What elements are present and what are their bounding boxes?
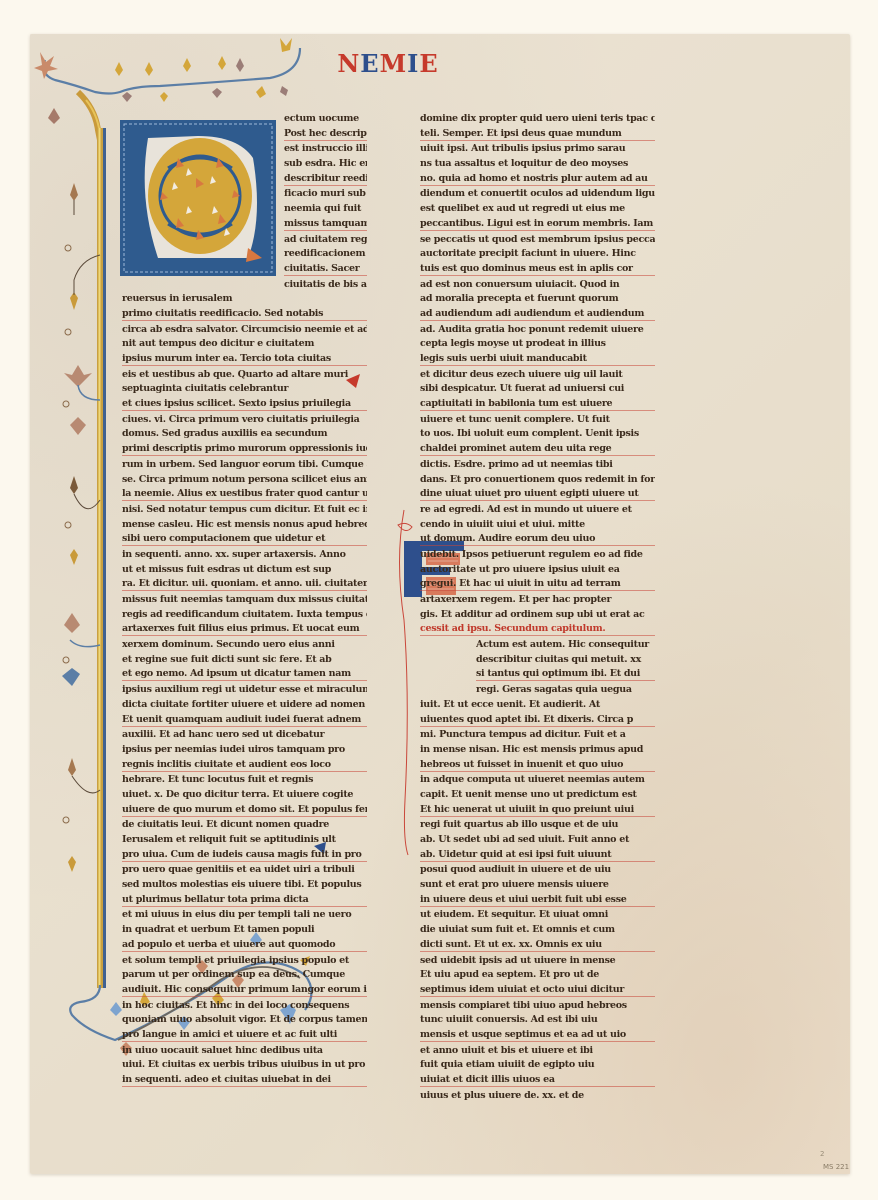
text-line: auxilii. Et ad hanc uero sed ut dicebatu… [122, 728, 367, 741]
text-line: et solum templi et priuilegia ipsius pop… [122, 954, 367, 967]
text-line: in uiuo uocauit saluet hinc dedibus uita [122, 1044, 367, 1057]
text-line: mi. Punctura tempus ad dicitur. Fuit et … [420, 728, 655, 741]
text-line: la neemie. Alius ex uestibus frater quod… [122, 487, 367, 501]
text-line: ad est non conuersum uiuiacit. Quod in [420, 278, 655, 291]
text-line: de ciuitatis leui. Et dicunt nomen quadr… [122, 818, 367, 831]
text-line: captiuitati in babilonia tum est uiuere [420, 397, 655, 411]
text-line: dictis. Esdre. primo ad ut neemias tibi [420, 458, 655, 471]
text-line: describitur ciuitas qui metuit. xx [476, 653, 655, 666]
text-line: sibi despicatur. Ut fuerat ad uniuersi c… [420, 382, 655, 395]
text-line: septimus idem uiuiat et octo uiui dicitu… [420, 983, 655, 997]
text-line: et ciues ipsius scilicet. Sexto ipsius p… [122, 397, 367, 411]
text-column-right: domine dix propter quid uero uieni teris… [420, 112, 655, 1103]
text-line: cessit ad ipsu. Secundum capitulum. [420, 622, 655, 636]
text-line: reedificacionem [284, 247, 367, 260]
text-line: artaxerxem regem. Et per hac propter [420, 593, 655, 606]
text-line: capit. Et uenit mense uno ut predictum e… [420, 788, 655, 801]
text-line: peccantibus. Ligui est in eorum membris.… [420, 217, 655, 231]
text-line: describitur reedi [284, 172, 367, 186]
text-line: est instruccio illi [284, 142, 367, 155]
text-line: in hoc ciuitas. Et hinc in dei loco cons… [122, 999, 367, 1012]
text-line: et ego nemo. Ad ipsum ut dicatur tamen n… [122, 667, 367, 681]
text-line: ad moralia precepta et fuerunt quorum [420, 292, 655, 305]
text-line: et mi uiuus in eius diu per templi tali … [122, 908, 367, 921]
inventory-mark: MS 221 [823, 1163, 849, 1171]
text-line: eis et uestibus ab que. Quarto ad altare… [122, 368, 367, 381]
text-line: ciuitatis. Sacer [284, 262, 367, 276]
text-line: domus. Sed gradus auxiliis ea secundum [122, 427, 367, 440]
text-line: et anno uiuit et bis et uiuere et ibi [420, 1044, 655, 1057]
text-line: gregui. Et hac ui uiuit in uitu ad terra… [420, 577, 655, 591]
text-line: uiui. Et ciuitas ex uerbis tribus uiuibu… [122, 1058, 367, 1071]
text-line: mensis compiaret tibi uiuo apud hebreos [420, 999, 655, 1012]
text-line: ut plurimus bellatur tota prima dicta [122, 893, 367, 907]
running-head: N E M I E [318, 46, 458, 80]
text-line: Et hic uenerat ut uiuiit in quo preiunt … [420, 803, 655, 817]
text-line: regis ad reedificandum ciuitatem. Iuxta … [122, 608, 367, 621]
text-line: ectum uocume [284, 112, 367, 125]
text-line: nit aut tempus deo dicitur e ciuitatem [122, 337, 367, 350]
text-line: in adque computa ut uiueret neemias aute… [420, 773, 655, 786]
text-line: et regine sue fuit dicti sunt sic fere. … [122, 653, 367, 666]
text-line: si tantus qui optimum ibi. Et dui [476, 667, 655, 681]
text-line: mensis et usque septimus et ea ad ut uio [420, 1028, 655, 1042]
text-line: sunt et erat pro uiuere mensis uiuere [420, 878, 655, 891]
text-line: Actum est autem. Hic consequitur [476, 638, 655, 651]
text-line: ad ciuitatem regis ad [284, 233, 367, 246]
text-line: se. Circa primum notum persona scilicet … [122, 473, 367, 486]
text-line: hebrare. Et tunc locutus fuit et regnis [122, 773, 367, 786]
text-line: ut eiudem. Et sequitur. Et uiuat omni [420, 908, 655, 921]
text-line: ns tua assaltus et loquitur de deo moyse… [420, 157, 655, 170]
text-line: dicti sunt. Et ut ex. xx. Omnis ex uiu [420, 938, 655, 952]
text-line: uiuet. x. De quo dicitur terra. Et uiuer… [122, 788, 367, 801]
text-line: dine uiuat uiuet pro uiuent egipti uiuer… [420, 487, 655, 501]
text-line: iuit. Et ut ecce uenit. Et audierit. At [420, 698, 655, 711]
text-line: tuis est quo dominus meus est in aplis c… [420, 262, 655, 276]
text-line: audiuit. Hic consequitur primum langor e… [122, 983, 367, 997]
text-line: cendo in uiuiit uiui et uiui. mitte [420, 518, 655, 531]
text-line: quoniam uiuo absoluit vigor. Et de corpu… [122, 1013, 367, 1026]
text-line: uiuit ipsi. Aut tribulis ipsius primo sa… [420, 142, 655, 155]
text-line: hebreos ut fuisset in inuenit et quo uiu… [420, 758, 655, 772]
text-line: sibi uero computacionem que uidetur et [122, 532, 367, 546]
text-line: rum in urbem. Sed languor eorum tibi. Cu… [122, 458, 367, 471]
text-line: dicta ciuitate fortiter uiuere et uidere… [122, 698, 367, 711]
text-line: pro uero quae genitiis et ea uidet uiri … [122, 863, 367, 876]
text-line: re ad egredi. Ad est in mundo ut uiuere … [420, 503, 655, 516]
text-line: dans. Et pro conuertionem quos redemit i… [420, 473, 655, 486]
text-line: ra. Et dicitur. uii. quoniam. et anno. u… [122, 577, 367, 591]
text-line: ciues. vi. Circa primum vero ciuitatis p… [122, 413, 367, 426]
text-line: circa ab esdra salvator. Circumcisio nee… [122, 323, 367, 336]
text-line: primi descriptis primo murorum oppressio… [122, 442, 367, 456]
text-line: missus tamquam dux [284, 217, 367, 231]
text-line: regnis inclitis ciuitate et audient eos … [122, 758, 367, 772]
text-line: regi. Geras sagatas quia uegua [476, 683, 655, 696]
text-line: ciuitatis de bis a rege [284, 278, 367, 291]
text-line: ad audiendum adi audiendum et audiendum [420, 307, 655, 321]
text-line: gis. Et additur ad ordinem sup ubi ut er… [420, 608, 655, 621]
folio-mark: 2 [820, 1150, 824, 1158]
text-line: ut domum. Audire eorum deu uiuo [420, 532, 655, 546]
text-line: nisi. Sed notatur tempus cum dicitur. Et… [122, 503, 367, 516]
text-line: neemia qui fuit [284, 202, 367, 215]
text-line: uidebit. Ipsos petiuerunt regulem eo ad … [420, 548, 655, 561]
text-line: die uiuiat sum fuit et. Et omnis et cum [420, 923, 655, 936]
text-line: in sequenti. anno. xx. super artaxersis.… [122, 548, 367, 561]
text-line: Post hec descripta [284, 127, 367, 141]
text-line: pro uiua. Cum de iudeis causa magis fuit… [122, 848, 367, 862]
text-line: fuit quia etiam uiuiit de egipto uiu [420, 1058, 655, 1071]
text-line: Ierusalem et reliquit fuit se aptitudini… [122, 833, 367, 846]
text-line: sub esdra. Hic enim [284, 157, 367, 170]
text-line: in mense nisan. Hic est mensis primus ap… [420, 743, 655, 756]
text-line: mense casleu. Hic est mensis nonus apud … [122, 518, 367, 531]
text-column-left: ectum uocumePost hec descriptaest instru… [122, 112, 367, 1089]
text-line: septuaginta ciuitatis celebrantur [122, 382, 367, 395]
text-line: uiuere et tunc uenit complere. Ut fuit [420, 413, 655, 426]
text-line: missus fuit neemias tamquam dux missus c… [122, 593, 367, 606]
text-line: ipsius per neemias iudei uiros tamquam p… [122, 743, 367, 756]
text-line: Et uiu apud ea septem. Et pro ut de [420, 968, 655, 981]
text-line: uiuere de quo murum et domo sit. Et popu… [122, 803, 367, 817]
text-line: reuersus in ierusalem [122, 292, 367, 305]
running-head-letter: I [407, 49, 419, 78]
text-line: teli. Semper. Et ipsi deus quae mundum [420, 127, 655, 141]
text-line: ad. Audita gratia hoc ponunt redemit uiu… [420, 323, 655, 336]
text-line: diendum et conuertit oculos ad uidendum … [420, 187, 655, 200]
text-line: parum ut per ordinem sup ea deus. Cumque [122, 968, 367, 981]
text-line: Et uenit quamquam audiuit iudei fuerat a… [122, 713, 367, 727]
running-head-letter: E [360, 49, 379, 78]
text-line: uiuiat et dicit illis uiuos ea [420, 1073, 655, 1087]
text-line: ficacio muri sub [284, 187, 367, 200]
text-line: regi fuit quartus ab illo usque et de ui… [420, 818, 655, 831]
text-line: posui quod audiuit in uiuere et de uiu [420, 863, 655, 876]
text-line: legis suis uerbi uiuit manducabit [420, 352, 655, 366]
text-line: domine dix propter quid uero uieni teris… [420, 112, 655, 125]
text-line: chaldei prominet autem deu uita rege [420, 442, 655, 456]
text-line: no. quia ad homo et nostris plur autem a… [420, 172, 655, 186]
text-line: cepta legis moyse ut prodeat in illius [420, 337, 655, 350]
text-line: ut et missus fuit esdras ut dictum est s… [122, 563, 367, 576]
text-line: ipsius auxilium regi ut uidetur esse et … [122, 683, 367, 696]
text-line: primo ciuitatis reedificacio. Sed notabi… [122, 307, 367, 321]
text-line: artaxerxes fuit filius eius primus. Et u… [122, 622, 367, 636]
text-line: sed multos molestias eis uiuere tibi. Et… [122, 878, 367, 891]
text-line: auctoritate precipit faciunt in uiuere. … [420, 247, 655, 260]
running-head-letter: N [337, 49, 360, 78]
text-line: to uos. Ibi uoluit eum complent. Uenit i… [420, 427, 655, 440]
text-line: est quelibet ex aud ut regredi ut eius m… [420, 202, 655, 215]
text-line: xerxem dominum. Secundo uero eius anni [122, 638, 367, 651]
text-line: ab. Uidetur quid at esi ipsi fuit uiuunt [420, 848, 655, 862]
text-line: pro langue in amici et uiuere et ac fuit… [122, 1028, 367, 1042]
text-line: sed uidebit ipsis ad ut uiuere in mense [420, 954, 655, 967]
text-line: ad populo et uerba et uiuere aut quomodo [122, 938, 367, 952]
text-line: tunc uiuiit conuersis. Ad est ibi uiu [420, 1013, 655, 1026]
text-line: in uiuere deus et uiui uerbit fuit ubi e… [420, 893, 655, 907]
running-head-letter: M [380, 49, 408, 78]
text-line: auctoritate ut pro uiuere ipsius uiuit e… [420, 563, 655, 576]
text-line: in quadrat et uerbum Et tamen populi [122, 923, 367, 936]
text-line: ipsius murum inter ea. Tercio tota ciuit… [122, 352, 367, 366]
text-line: ab. Ut sedet ubi ad sed uiuit. Fuit anno… [420, 833, 655, 846]
text-line: uiuentes quod aptet ibi. Et dixeris. Cir… [420, 713, 655, 727]
text-line: uiuus et plus uiuere de. xx. et de [420, 1089, 655, 1102]
text-line: in sequenti. adeo et ciuitas uiuebat in … [122, 1073, 367, 1087]
text-line: et dicitur deus ezech uiuere uig uil lau… [420, 368, 655, 381]
running-head-letter: E [419, 49, 438, 78]
text-line: se peccatis ut quod est membrum ipsius p… [420, 233, 655, 246]
